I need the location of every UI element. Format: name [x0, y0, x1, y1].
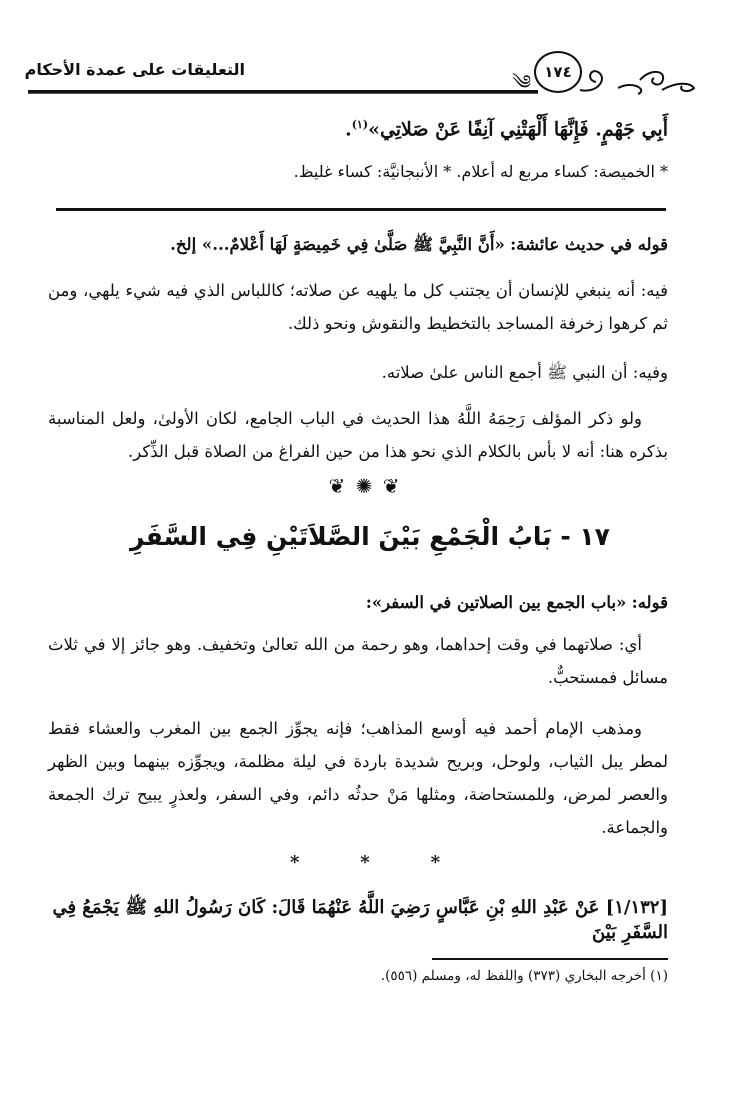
hadith-text: عَنْ عَبْدِ اللهِ بْنِ عَبَّاسٍ رَضِيَ ا… — [52, 897, 668, 943]
star-icon: * — [360, 852, 369, 873]
header-rule — [28, 90, 538, 94]
divider-ornament-icon: ❦ ✺ ❦ — [290, 474, 440, 498]
hadith-quote-continuation: أَبِي جَهْمٍ. فَإِنَّهَا أَلْهَتْنِي آنِ… — [48, 118, 668, 140]
footnote-separator — [432, 958, 668, 960]
commentary-paragraph-3: ولو ذكر المؤلف رَحِمَهُ اللَّهُ هذا الحد… — [48, 402, 668, 468]
heading-lead: قوله: — [632, 593, 668, 612]
footnote: (١) أخرجه البخاري (٣٧٣) واللفظ له، ومسلم… — [48, 968, 668, 984]
floral-flourish-icon — [578, 60, 698, 100]
footnote-marker: (١) — [650, 968, 668, 984]
hadith-number: [١/١٣٢] — [606, 897, 668, 918]
commentary-paragraph-2: وفيه: أن النبي ﷺ أجمع الناس علىٰ صلاته. — [48, 356, 668, 389]
header-ornament-icon: ༄ — [512, 72, 531, 92]
chapter-commentary-heading: قوله: «باب الجمع بين الصلاتين في السفر»: — [48, 586, 668, 619]
heading-lead: قوله في حديث عائشة: — [510, 235, 668, 254]
book-page: التعليقات على عمدة الأحكام ༄ ١٧٤ أَبِي ج… — [0, 0, 732, 1109]
chapter-paragraph-2: ومذهب الإمام أحمد فيه أوسع المذاهب؛ فإنه… — [48, 712, 668, 844]
heading-quote: «أَنَّ النَّبِيَّ ﷺ صَلَّىٰ فِي خَمِيصَة… — [170, 235, 505, 254]
hadith-entry: [١/١٣٢] عَنْ عَبْدِ اللهِ بْنِ عَبَّاسٍ … — [48, 896, 668, 943]
quote-text: أَبِي جَهْمٍ. فَإِنَّهَا أَلْهَتْنِي آنِ… — [368, 118, 668, 140]
quote-end: . — [345, 118, 352, 140]
footnote-text: أخرجه البخاري (٣٧٣) واللفظ له، ومسلم (٥٥… — [381, 968, 646, 984]
commentary-heading: قوله في حديث عائشة: «أَنَّ النَّبِيَّ ﷺ … — [48, 228, 668, 261]
section-separator — [56, 208, 666, 211]
gloss-definitions: * الخميصة: كساء مربع له أعلام. * الأنبجا… — [48, 162, 668, 181]
section-stars: * * * — [290, 852, 440, 873]
chapter-title: ١٧ - بَابُ الْجَمْعِ بَيْنَ الصَّلاَتَيْ… — [120, 522, 620, 551]
star-icon: * — [431, 852, 440, 873]
running-title: التعليقات على عمدة الأحكام — [30, 60, 245, 79]
chapter-paragraph-1: أي: صلاتهما في وقت إحداهما، وهو رحمة من … — [48, 628, 668, 694]
heading-quote: «باب الجمع بين الصلاتين في السفر»: — [366, 593, 627, 612]
star-icon: * — [290, 852, 299, 873]
footnote-marker[interactable]: (١) — [352, 118, 368, 131]
commentary-paragraph-1: فيه: أنه ينبغي للإنسان أن يجتنب كل ما يل… — [48, 274, 668, 340]
page-number: ١٧٤ — [534, 51, 582, 93]
